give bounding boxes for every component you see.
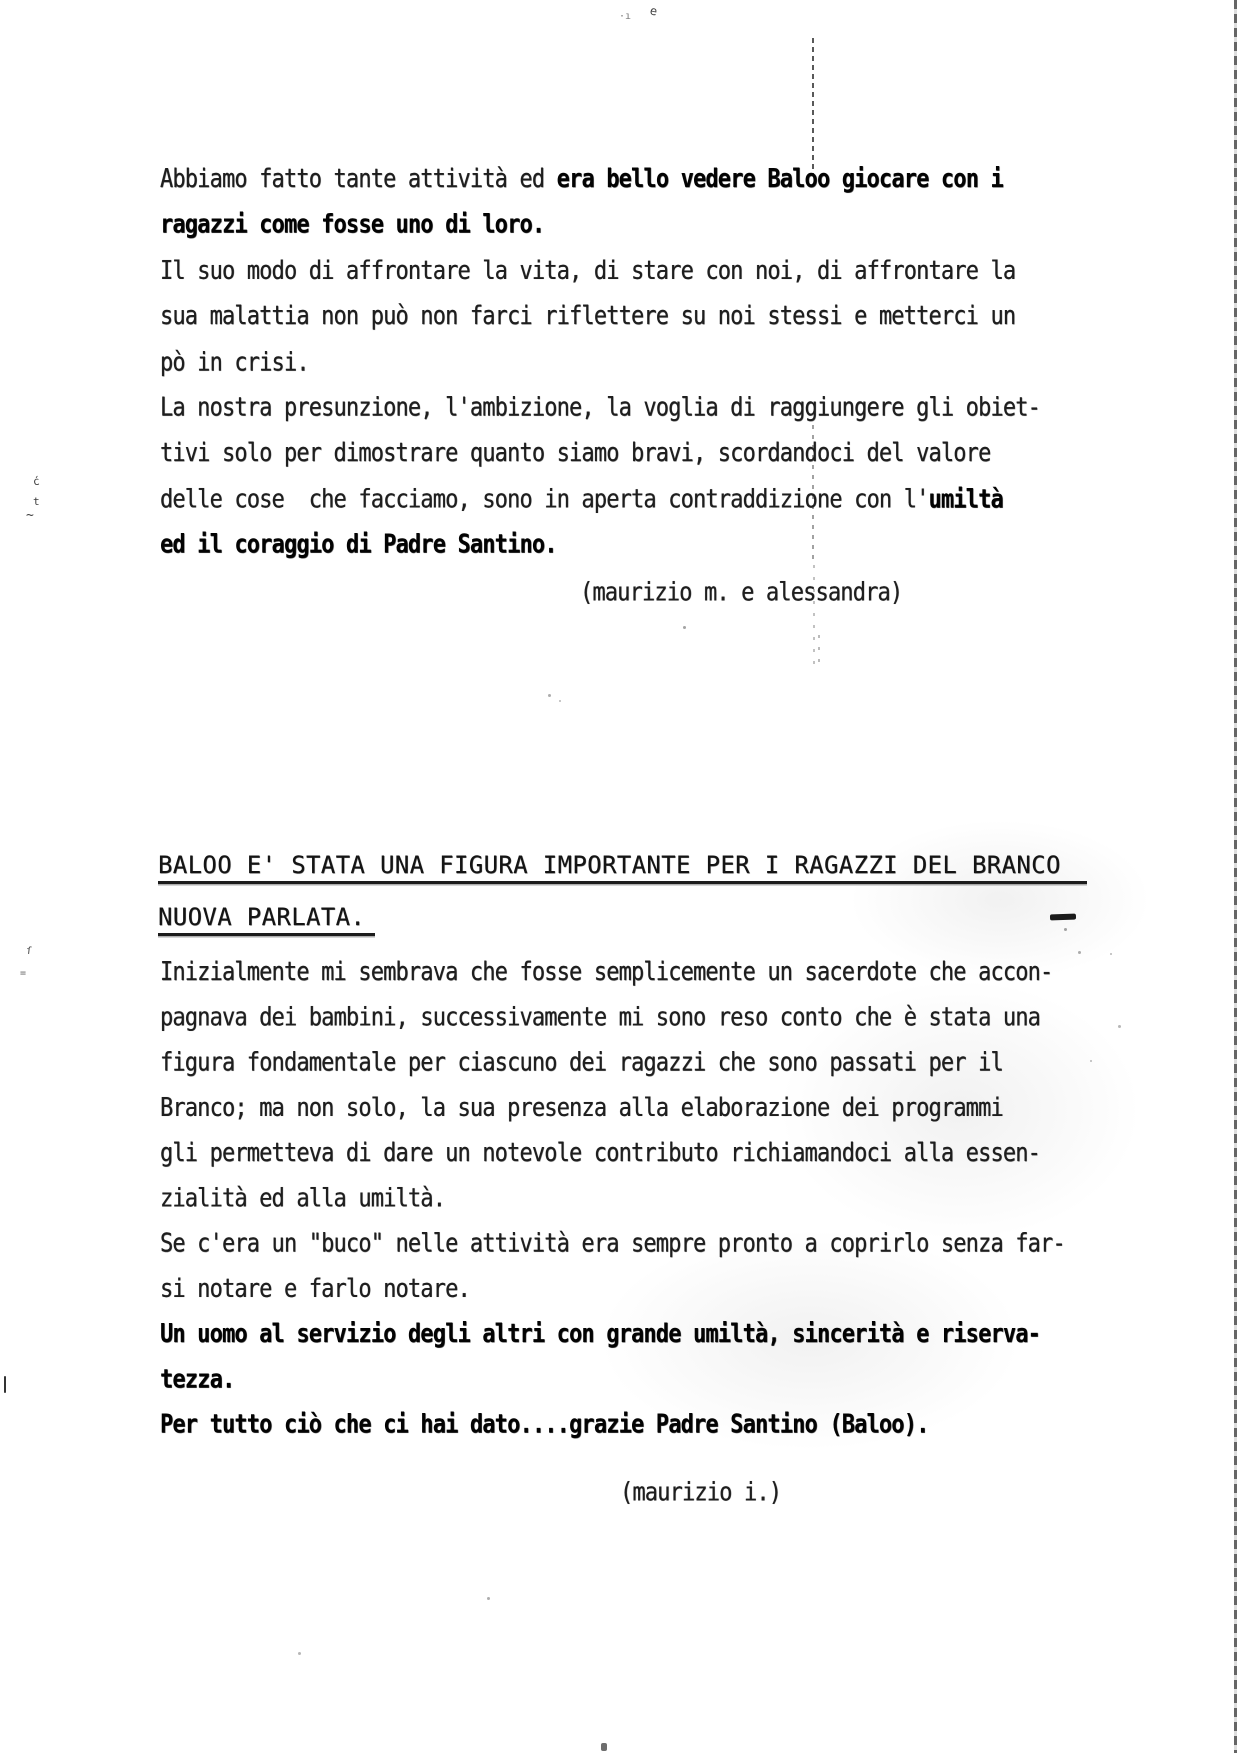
text-run: tivi solo per dimostrare quanto siamo br… (160, 439, 990, 468)
ink-mark (1050, 914, 1076, 921)
text-run: pò in crisi. (160, 348, 309, 377)
section-heading-line-1: BALOO E' STATA UNA FIGURA IMPORTANTE PER… (158, 851, 1087, 884)
bold-text-run: ed il coraggio di Padre Santino. (160, 531, 557, 560)
ink-speck (1078, 951, 1081, 954)
ink-speck (683, 626, 686, 629)
text-line: sua malattia non può non farci rifletter… (160, 294, 1040, 340)
text-line: ed il coraggio di Padre Santino. (160, 523, 1040, 569)
text-line: tivi solo per dimostrare quanto siamo br… (160, 431, 1040, 477)
text-line: si notare e farlo notare. (160, 1267, 1065, 1312)
ink-mark: t (33, 497, 40, 507)
text-run: La nostra presunzione, l'ambizione, la v… (160, 394, 1040, 423)
paragraph-2: Inizialmente mi sembrava che fosse sempl… (160, 950, 1065, 1448)
text-line: tezza. (160, 1357, 1065, 1402)
section-heading-line-2: NUOVA PARLATA. (158, 903, 375, 936)
bold-text-run: Un uomo al servizio degli altri con gran… (160, 1320, 1040, 1349)
text-line: gli permetteva di dare un notevole contr… (160, 1131, 1065, 1176)
ink-mark: ć (32, 477, 40, 488)
text-run: Se c'era un "buco" nelle attività era se… (160, 1230, 1065, 1259)
text-line: Abbiamo fatto tante attività ed era bell… (160, 157, 1040, 203)
text-line: Branco; ma non solo, la sua presenza all… (160, 1086, 1065, 1131)
crease-dashed-line-specks (818, 635, 820, 663)
ink-speck (601, 1743, 607, 1751)
ink-speck (559, 700, 561, 702)
text-line: Se c'era un "buco" nelle attività era se… (160, 1221, 1065, 1266)
text-run: Abbiamo fatto tante attività ed (160, 165, 557, 194)
text-line: La nostra presunzione, l'ambizione, la v… (160, 385, 1040, 431)
ink-speck (487, 1597, 490, 1600)
paragraph-1: Abbiamo fatto tante attività ed era bell… (160, 157, 1040, 568)
text-run: pagnava dei bambini, successivamente mi … (160, 1003, 1040, 1032)
attribution-1: (maurizio m. e alessandra) (580, 576, 902, 611)
text-run: Inizialmente mi sembrava che fosse sempl… (160, 958, 1052, 987)
ink-mark (4, 1376, 6, 1393)
scanned-document-page: Abbiamo fatto tante attività ed era bell… (0, 0, 1240, 1753)
text-line: pò in crisi. (160, 340, 1040, 386)
ink-speck (1090, 1060, 1092, 1062)
bold-text-run: era bello vedere Baloo giocare con i (557, 165, 1003, 194)
text-line: Il suo modo di affrontare la vita, di st… (160, 248, 1040, 294)
text-run: sua malattia non può non farci rifletter… (160, 302, 1015, 331)
ink-speck (1064, 928, 1067, 931)
bold-text-run: tezza. (160, 1365, 234, 1394)
ink-speck (1118, 1025, 1121, 1028)
text-line: Un uomo al servizio degli altri con gran… (160, 1312, 1065, 1357)
ink-mark: e (649, 5, 658, 16)
bold-text-run: umiltà (929, 485, 1003, 514)
ink-mark: = (20, 969, 26, 979)
text-run: delle cose che facciamo, sono in aperta … (160, 485, 929, 514)
bold-text-run: ragazzi come fosse uno di loro. (160, 211, 544, 240)
ink-mark: ſ (25, 947, 32, 958)
ink-speck (548, 694, 551, 697)
ink-mark: ·ı (619, 12, 631, 22)
bold-text-run: Per tutto ciò che ci hai dato....grazie … (160, 1411, 929, 1440)
text-run: Il suo modo di affrontare la vita, di st… (160, 257, 1015, 286)
text-line: pagnava dei bambini, successivamente mi … (160, 995, 1065, 1040)
ink-speck (1110, 953, 1112, 955)
text-run: figura fondamentale per ciascuno dei rag… (160, 1049, 1003, 1078)
text-run: si notare e farlo notare. (160, 1275, 470, 1304)
text-run: Branco; ma non solo, la sua presenza all… (160, 1094, 1003, 1123)
ink-mark: ~ (26, 511, 34, 521)
attribution-2: (maurizio i.) (620, 1476, 781, 1511)
text-line: ragazzi come fosse uno di loro. (160, 203, 1040, 249)
text-line: zialità ed alla umiltà. (160, 1176, 1065, 1221)
text-line: figura fondamentale per ciascuno dei rag… (160, 1040, 1065, 1085)
text-run: gli permetteva di dare un notevole contr… (160, 1139, 1040, 1168)
text-run: zialità ed alla umiltà. (160, 1184, 445, 1213)
text-line: delle cose che facciamo, sono in aperta … (160, 477, 1040, 523)
text-line: Per tutto ciò che ci hai dato....grazie … (160, 1402, 1065, 1447)
text-line: Inizialmente mi sembrava che fosse sempl… (160, 950, 1065, 995)
crease-dashed-line-top (812, 38, 814, 175)
ink-speck (298, 1652, 301, 1655)
scan-edge-line (1234, 0, 1237, 1753)
